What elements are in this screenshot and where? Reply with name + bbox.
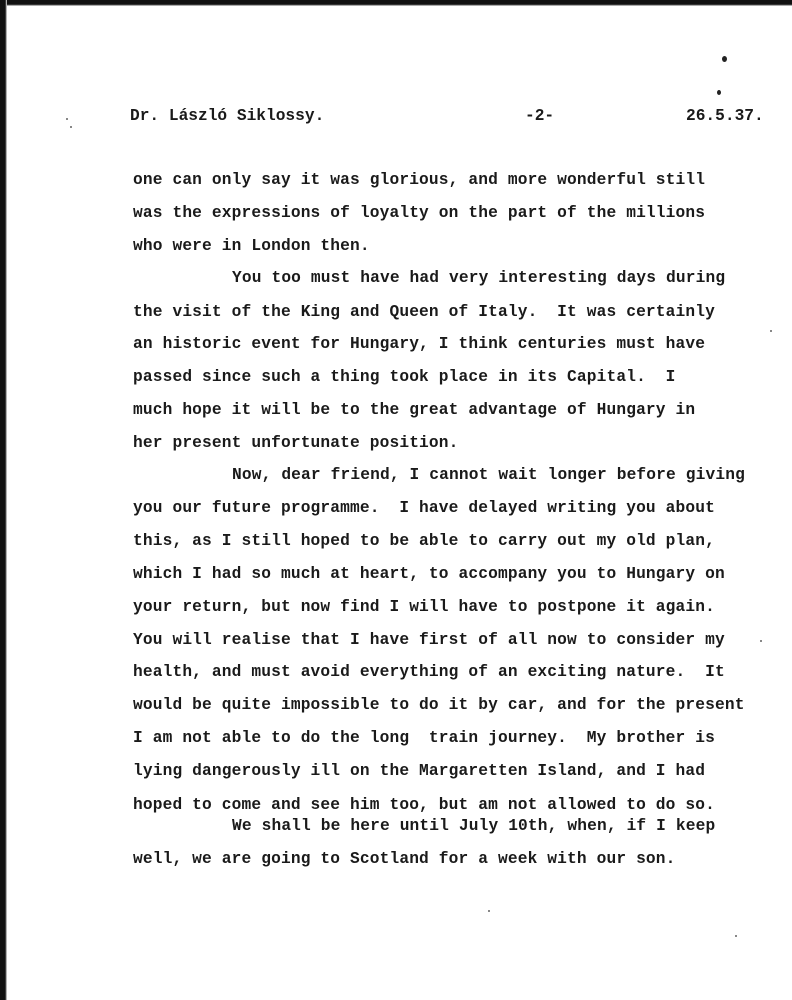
paragraph-start: Now, dear friend, I cannot wait longer b…	[232, 467, 745, 483]
page-number: -2-	[525, 107, 554, 125]
body-line: the visit of the King and Queen of Italy…	[133, 304, 715, 320]
body-line: well, we are going to Scotland for a wee…	[133, 851, 676, 867]
body-line: passed since such a thing took place in …	[133, 369, 676, 385]
body-line: you our future programme. I have delayed…	[133, 500, 715, 516]
paragraph-start: We shall be here until July 10th, when, …	[232, 818, 715, 834]
letter-date: 26.5.37.	[686, 107, 764, 125]
paragraph-start: You too must have had very interesting d…	[232, 270, 725, 286]
body-line: your return, but now find I will have to…	[133, 599, 715, 615]
scan-speck	[70, 126, 72, 128]
body-line: who were in London then.	[133, 238, 370, 254]
ink-blot	[717, 90, 721, 95]
body-line: I am not able to do the long train journ…	[133, 730, 715, 746]
body-line: which I had so much at heart, to accompa…	[133, 566, 725, 582]
body-line: much hope it will be to the great advant…	[133, 402, 695, 418]
typewritten-letter-page: Dr. László Siklossy. -2- 26.5.37. one ca…	[0, 0, 792, 1000]
scan-speck	[735, 935, 737, 937]
ink-blot	[722, 56, 727, 62]
scan-speck	[760, 640, 762, 642]
body-line: hoped to come and see him too, but am no…	[133, 797, 715, 813]
scan-speck	[488, 910, 490, 912]
body-line: this, as I still hoped to be able to car…	[133, 533, 715, 549]
body-line: would be quite impossible to do it by ca…	[133, 697, 745, 713]
body-line: was the expressions of loyalty on the pa…	[133, 205, 705, 221]
body-line: You will realise that I have first of al…	[133, 632, 725, 648]
scan-speck	[66, 118, 68, 120]
body-line: lying dangerously ill on the Margaretten…	[133, 763, 705, 779]
scan-speck	[770, 330, 772, 332]
recipient-name: Dr. László Siklossy.	[130, 107, 324, 125]
body-line: one can only say it was glorious, and mo…	[133, 172, 705, 188]
body-line: her present unfortunate position.	[133, 435, 459, 451]
body-line: an historic event for Hungary, I think c…	[133, 336, 705, 352]
body-line: health, and must avoid everything of an …	[133, 664, 725, 680]
